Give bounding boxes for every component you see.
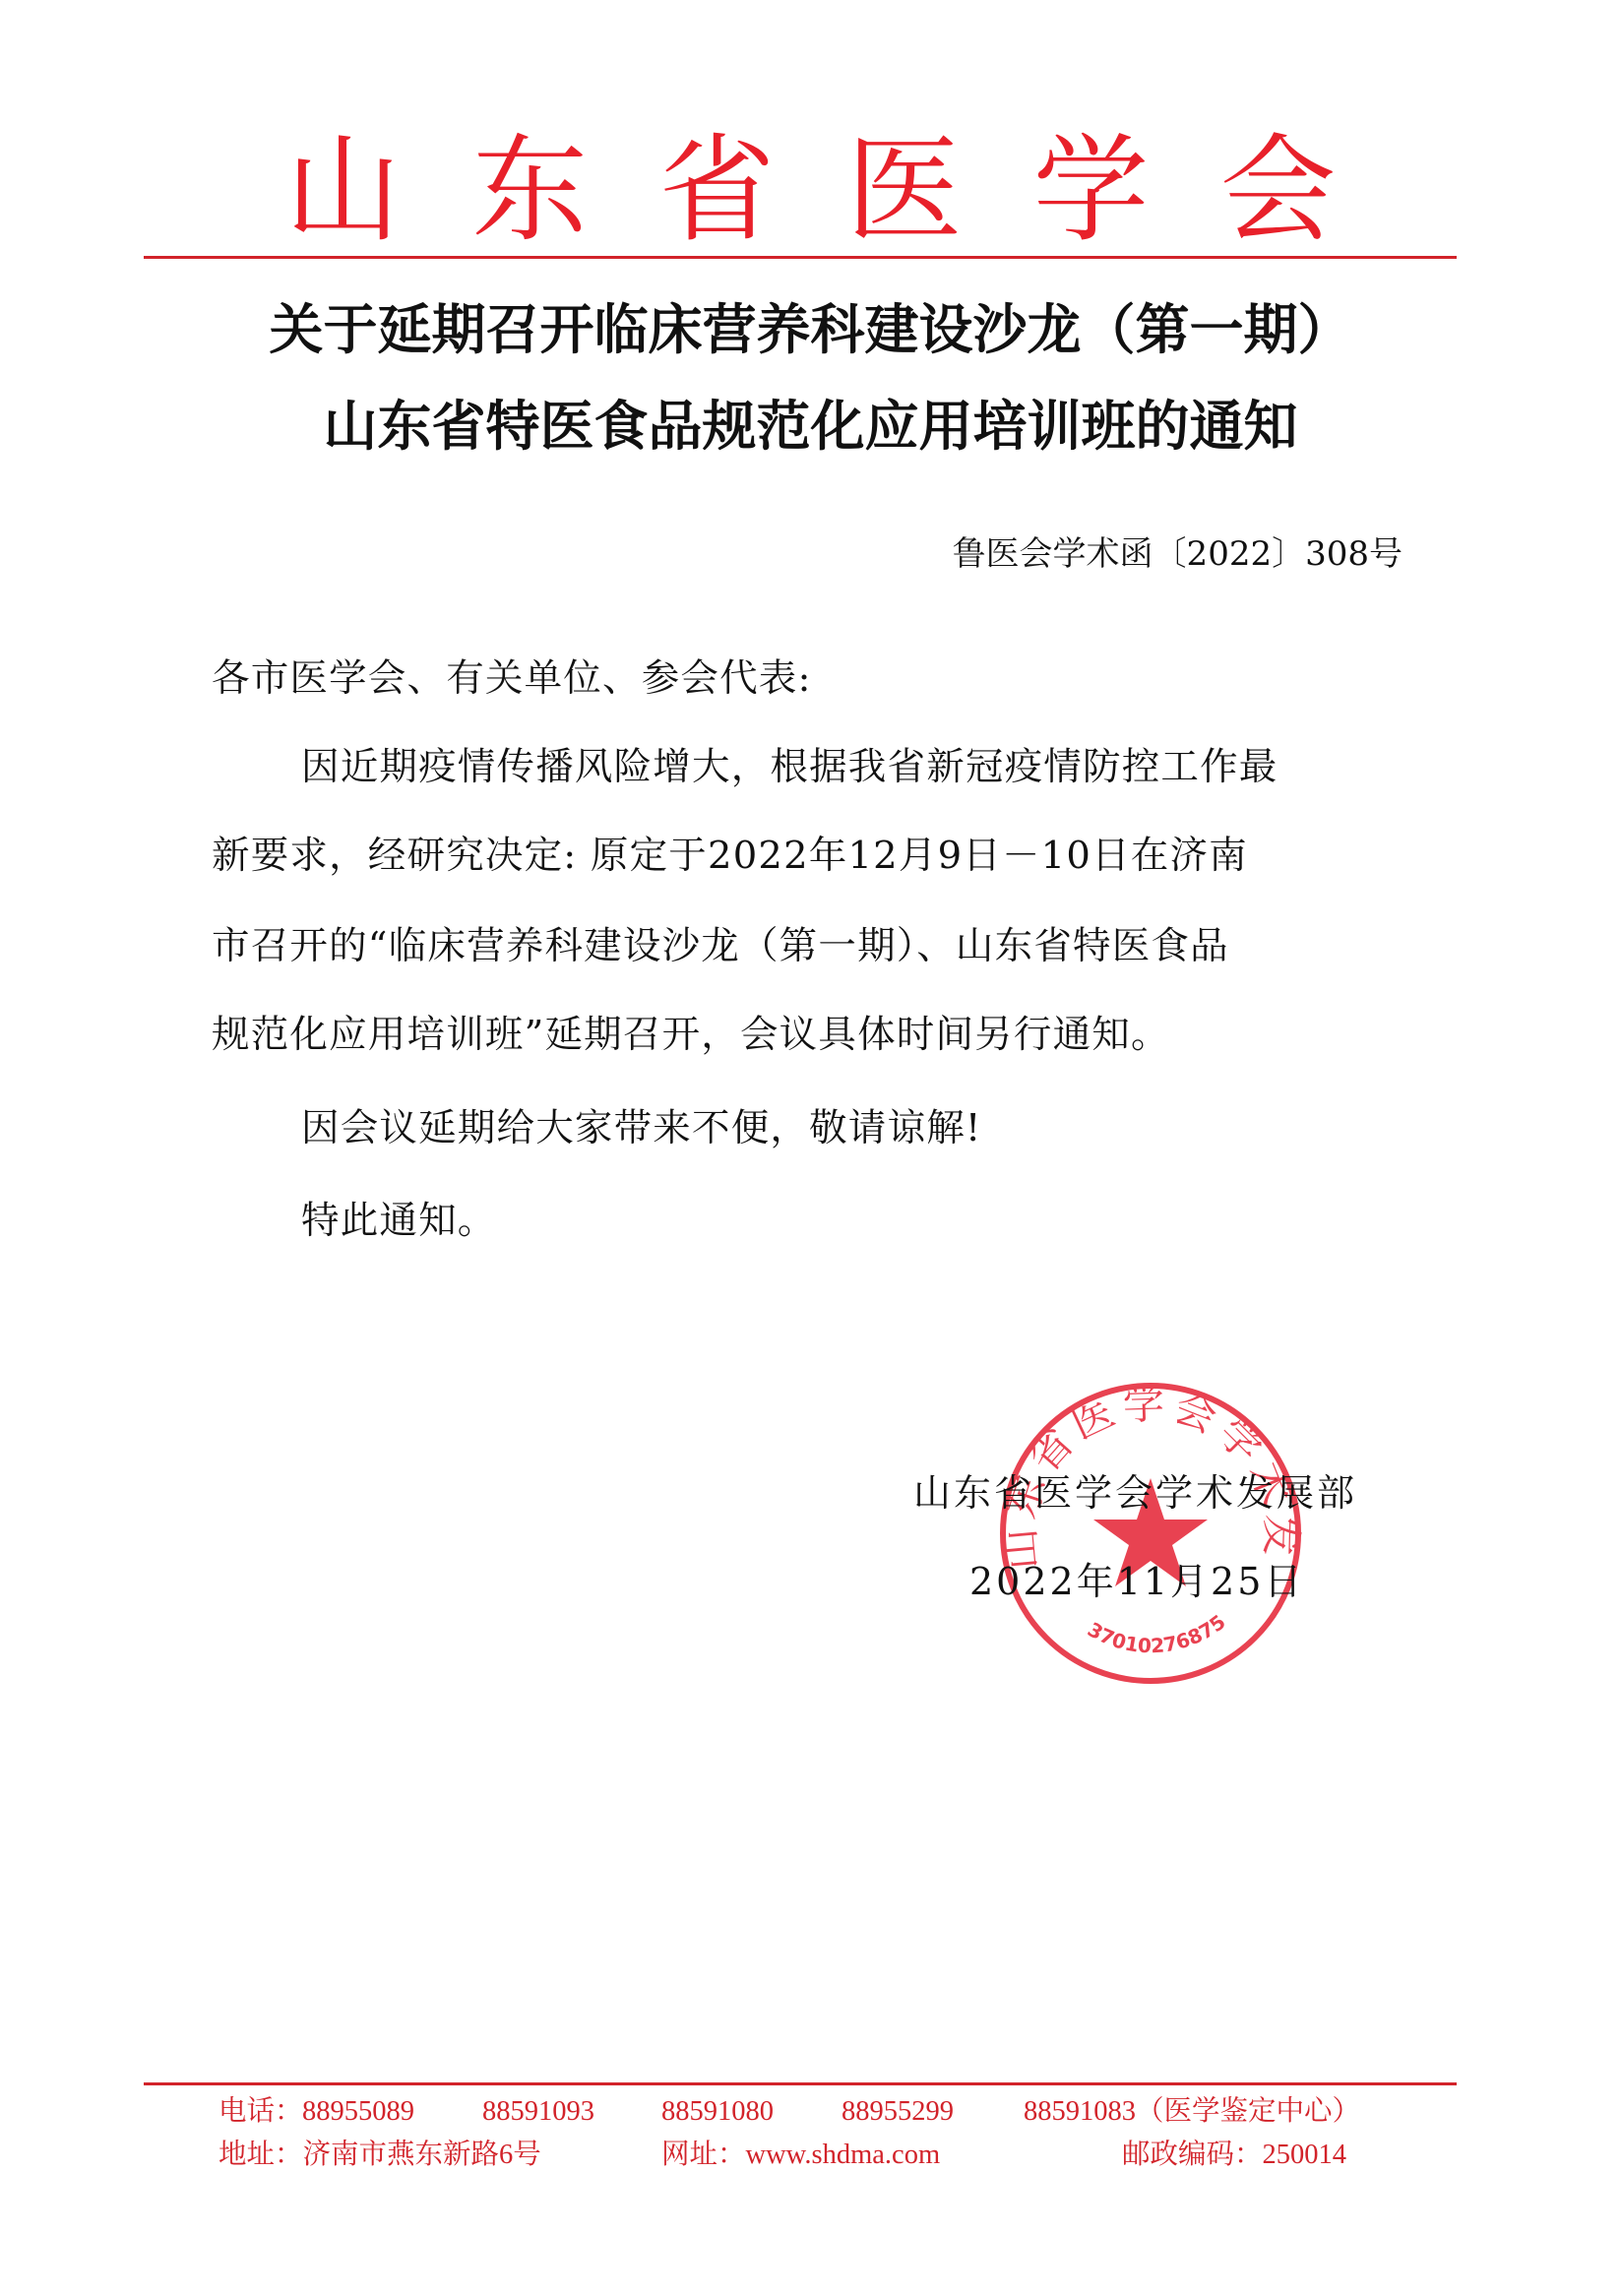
body-line: 因近期疫情传播风险增大，根据我省新冠疫情防控工作最: [301, 743, 1278, 792]
signing-department: 山东省医学会学术发展部: [913, 1468, 1357, 1518]
footer-website[interactable]: 网址：www.shdma.com: [661, 2138, 940, 2173]
footer-phone: 88591083（医学鉴定中心）: [1024, 2094, 1360, 2130]
body-line: 因会议延期给大家带来不便，敬请谅解!: [301, 1104, 982, 1153]
footer-address: 地址：济南市燕东新路6号: [218, 2138, 541, 2173]
masthead-divider: [144, 256, 1457, 259]
footer-phone: 88591093: [482, 2094, 594, 2130]
footer-phone: 88955089: [302, 2094, 414, 2130]
svg-text:3701027687584: 3701027687584: [997, 1380, 1230, 1657]
official-seal-icon: 山东省医学会学术发展部 3701027687584: [997, 1380, 1304, 1687]
masthead-org-name: 山东省医学会: [0, 126, 1621, 254]
footer-divider: [144, 2082, 1457, 2085]
document-number: 鲁医会学术函〔2022〕308号: [953, 531, 1403, 577]
body-line: 特此通知。: [301, 1197, 497, 1246]
footer-postal-code: 邮政编码：250014: [1122, 2138, 1346, 2173]
footer-phone: 88955299: [842, 2094, 954, 2130]
body-line: 规范化应用培训班”延期召开，会议具体时间另行通知。: [212, 1011, 1170, 1060]
footer-phone-label: 电话：: [218, 2094, 303, 2130]
body-line: 市召开的“临床营养科建设沙龙（第一期）、山东省特医食品: [212, 922, 1229, 971]
notice-title-line-2: 山东省特医食品规范化应用培训班的通知: [0, 394, 1621, 459]
footer-phone: 88591080: [661, 2094, 774, 2130]
body-line: 新要求，经研究决定: 原定于2022年12月9日－10日在济南: [212, 832, 1248, 881]
notice-title-line-1: 关于延期召开临床营养科建设沙龙（第一期）: [0, 297, 1621, 362]
signing-date: 2022年11月25日: [969, 1557, 1304, 1606]
salutation: 各市医学会、有关单位、参会代表:: [212, 654, 812, 704]
